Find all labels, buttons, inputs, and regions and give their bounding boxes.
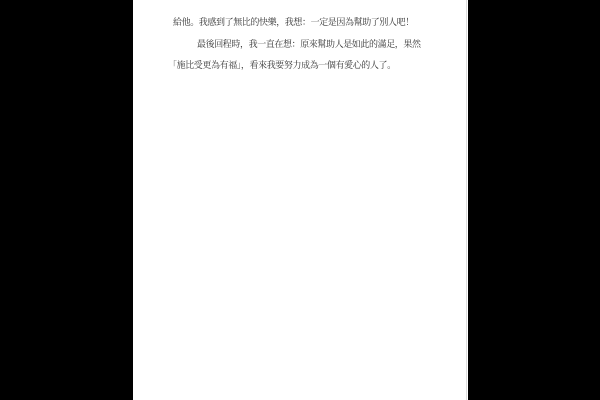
paragraph-line-3: 「施比受更為有福」，看來我要努力成為一個有愛心的人了。 xyxy=(168,60,396,73)
paragraph-line-2: 最後回程時，我一直在想：原來幫助人是如此的滿足，果然 xyxy=(197,39,421,52)
paragraph-line-1: 給他。我感到了無比的快樂，我想：一定是因為幫助了別人吧！ xyxy=(173,17,414,30)
page-edge-shadow xyxy=(466,0,467,400)
document-page: 給他。我感到了無比的快樂，我想：一定是因為幫助了別人吧！ 最後回程時，我一直在想… xyxy=(133,0,468,400)
image-viewer-background: 給他。我感到了無比的快樂，我想：一定是因為幫助了別人吧！ 最後回程時，我一直在想… xyxy=(0,0,600,400)
